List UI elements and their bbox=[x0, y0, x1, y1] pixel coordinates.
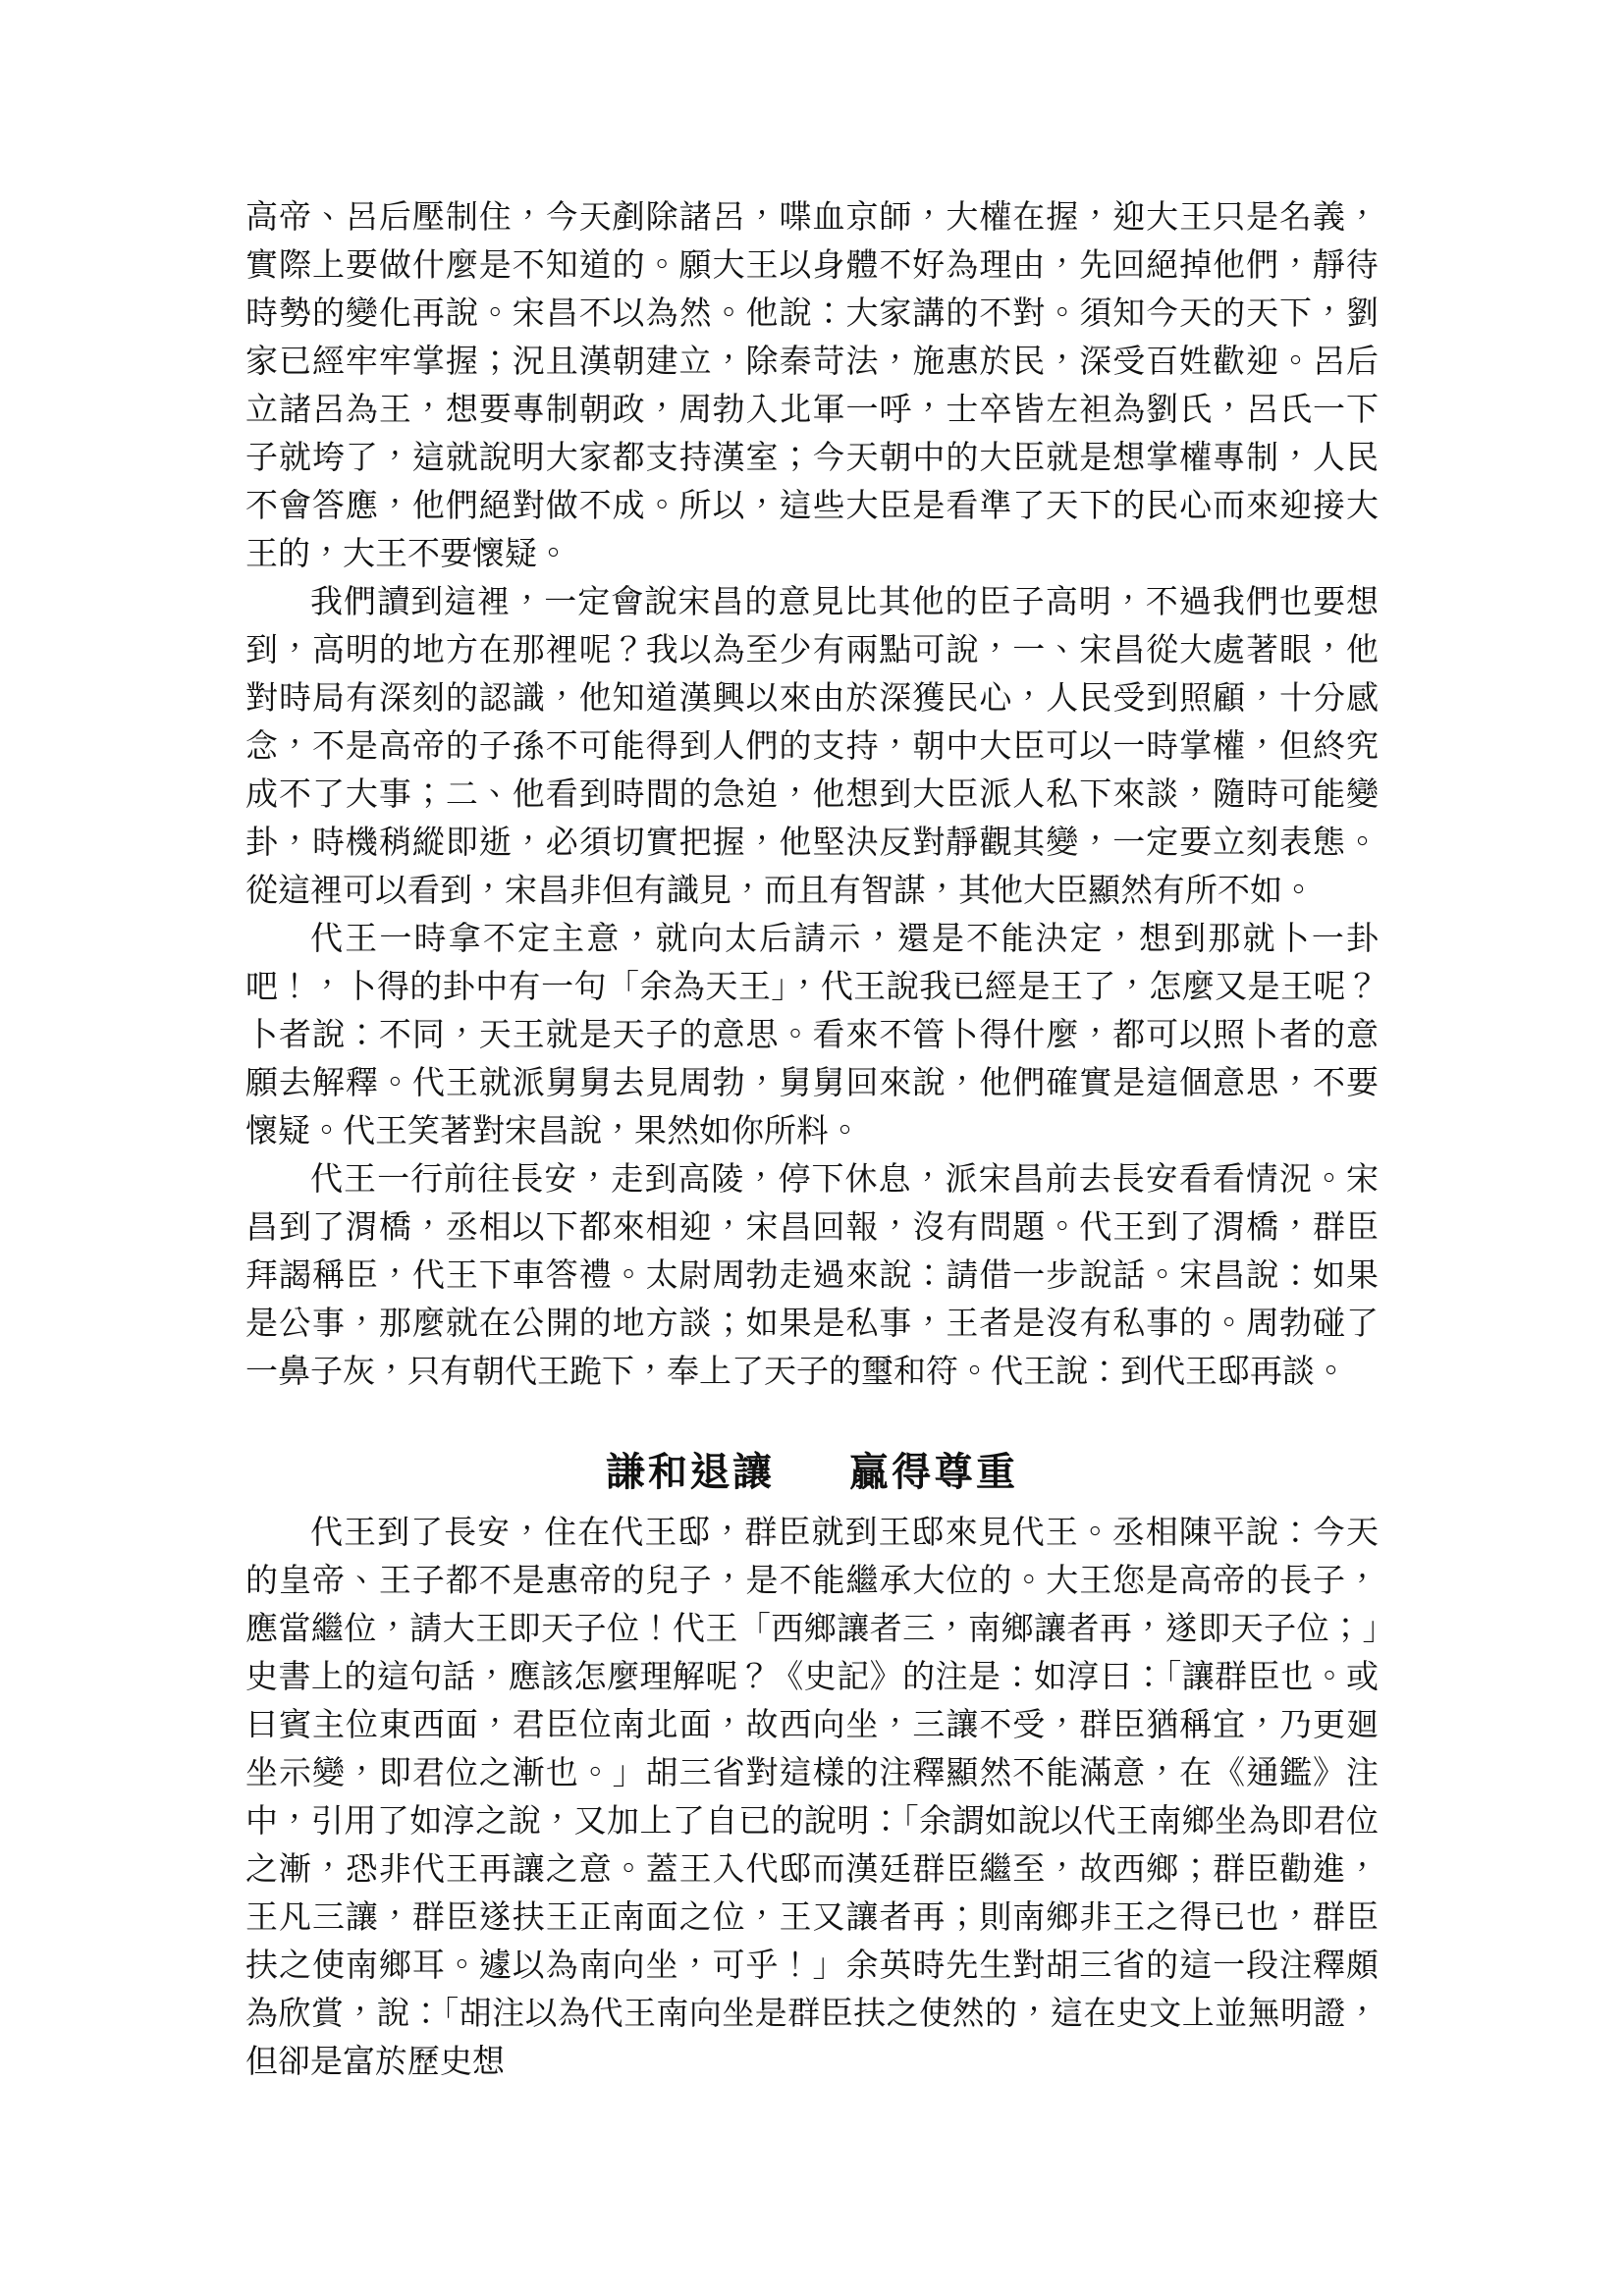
document-page: 高帝、呂后壓制住，今天剷除諸呂，喋血京師，大權在握，迎大王只是名義，實際上要做什… bbox=[0, 0, 1624, 2296]
section-heading-part2: 贏得尊重 bbox=[849, 1450, 1018, 1494]
body-paragraph-continuation: 高帝、呂后壓制住，今天剷除諸呂，喋血京師，大權在握，迎大王只是名義，實際上要做什… bbox=[245, 194, 1379, 579]
body-paragraph: 代王一行前往長安，走到高陵，停下休息，派宋昌前去長安看看情況。宋昌到了渭橋，丞相… bbox=[245, 1156, 1379, 1397]
section-heading-part1: 謙和退讓 bbox=[606, 1450, 775, 1494]
body-paragraph: 我們讀到這裡，一定會說宋昌的意見比其他的臣子高明，不過我們也要想到，高明的地方在… bbox=[245, 579, 1379, 916]
section-heading: 謙和退讓贏得尊重 bbox=[245, 1448, 1379, 1496]
body-paragraph: 代王到了長安，住在代王邸，群臣就到王邸來見代王。丞相陳平說：今天的皇帝、王子都不… bbox=[245, 1510, 1379, 2087]
body-paragraph: 代王一時拿不定主意，就向太后請示，還是不能決定，想到那就卜一卦吧！，卜得的卦中有… bbox=[245, 916, 1379, 1156]
body-text-block: 高帝、呂后壓制住，今天剷除諸呂，喋血京師，大權在握，迎大王只是名義，實際上要做什… bbox=[245, 194, 1379, 2087]
